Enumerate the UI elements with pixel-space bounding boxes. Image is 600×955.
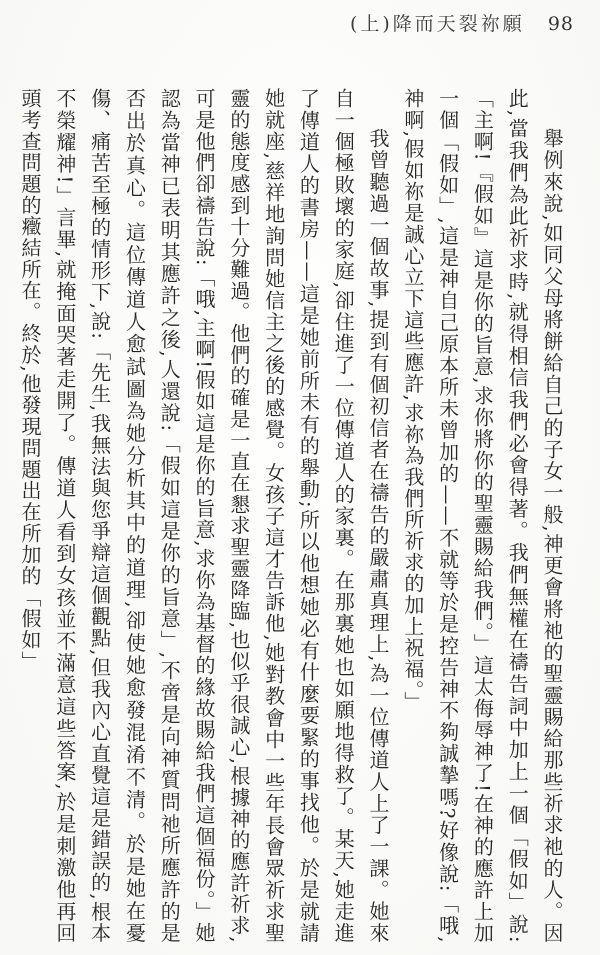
paragraph-2: 我曾聽過一個故事,提到有個初信者在禱告的嚴肅真理上,為一位傳道人上了一課。她來自… bbox=[12, 88, 395, 944]
running-head-title: (上)降而天裂祢願 bbox=[350, 13, 525, 35]
page-number: 98 bbox=[548, 13, 574, 35]
running-header: (上)降而天裂祢願 98 bbox=[350, 9, 574, 36]
paragraph-1: 舉例來說,如同父母將餅給自己的子女一般,神更會將祂的聖靈賜給那些祈求祂的人。因此… bbox=[395, 88, 569, 944]
book-page-scan: (上)降而天裂祢願 98 舉例來說,如同父母將餅給自己的子女一般,神更會將祂的聖… bbox=[0, 0, 600, 955]
page-body-text: 舉例來說,如同父母將餅給自己的子女一般,神更會將祂的聖靈賜給那些祈求祂的人。因此… bbox=[12, 88, 569, 944]
